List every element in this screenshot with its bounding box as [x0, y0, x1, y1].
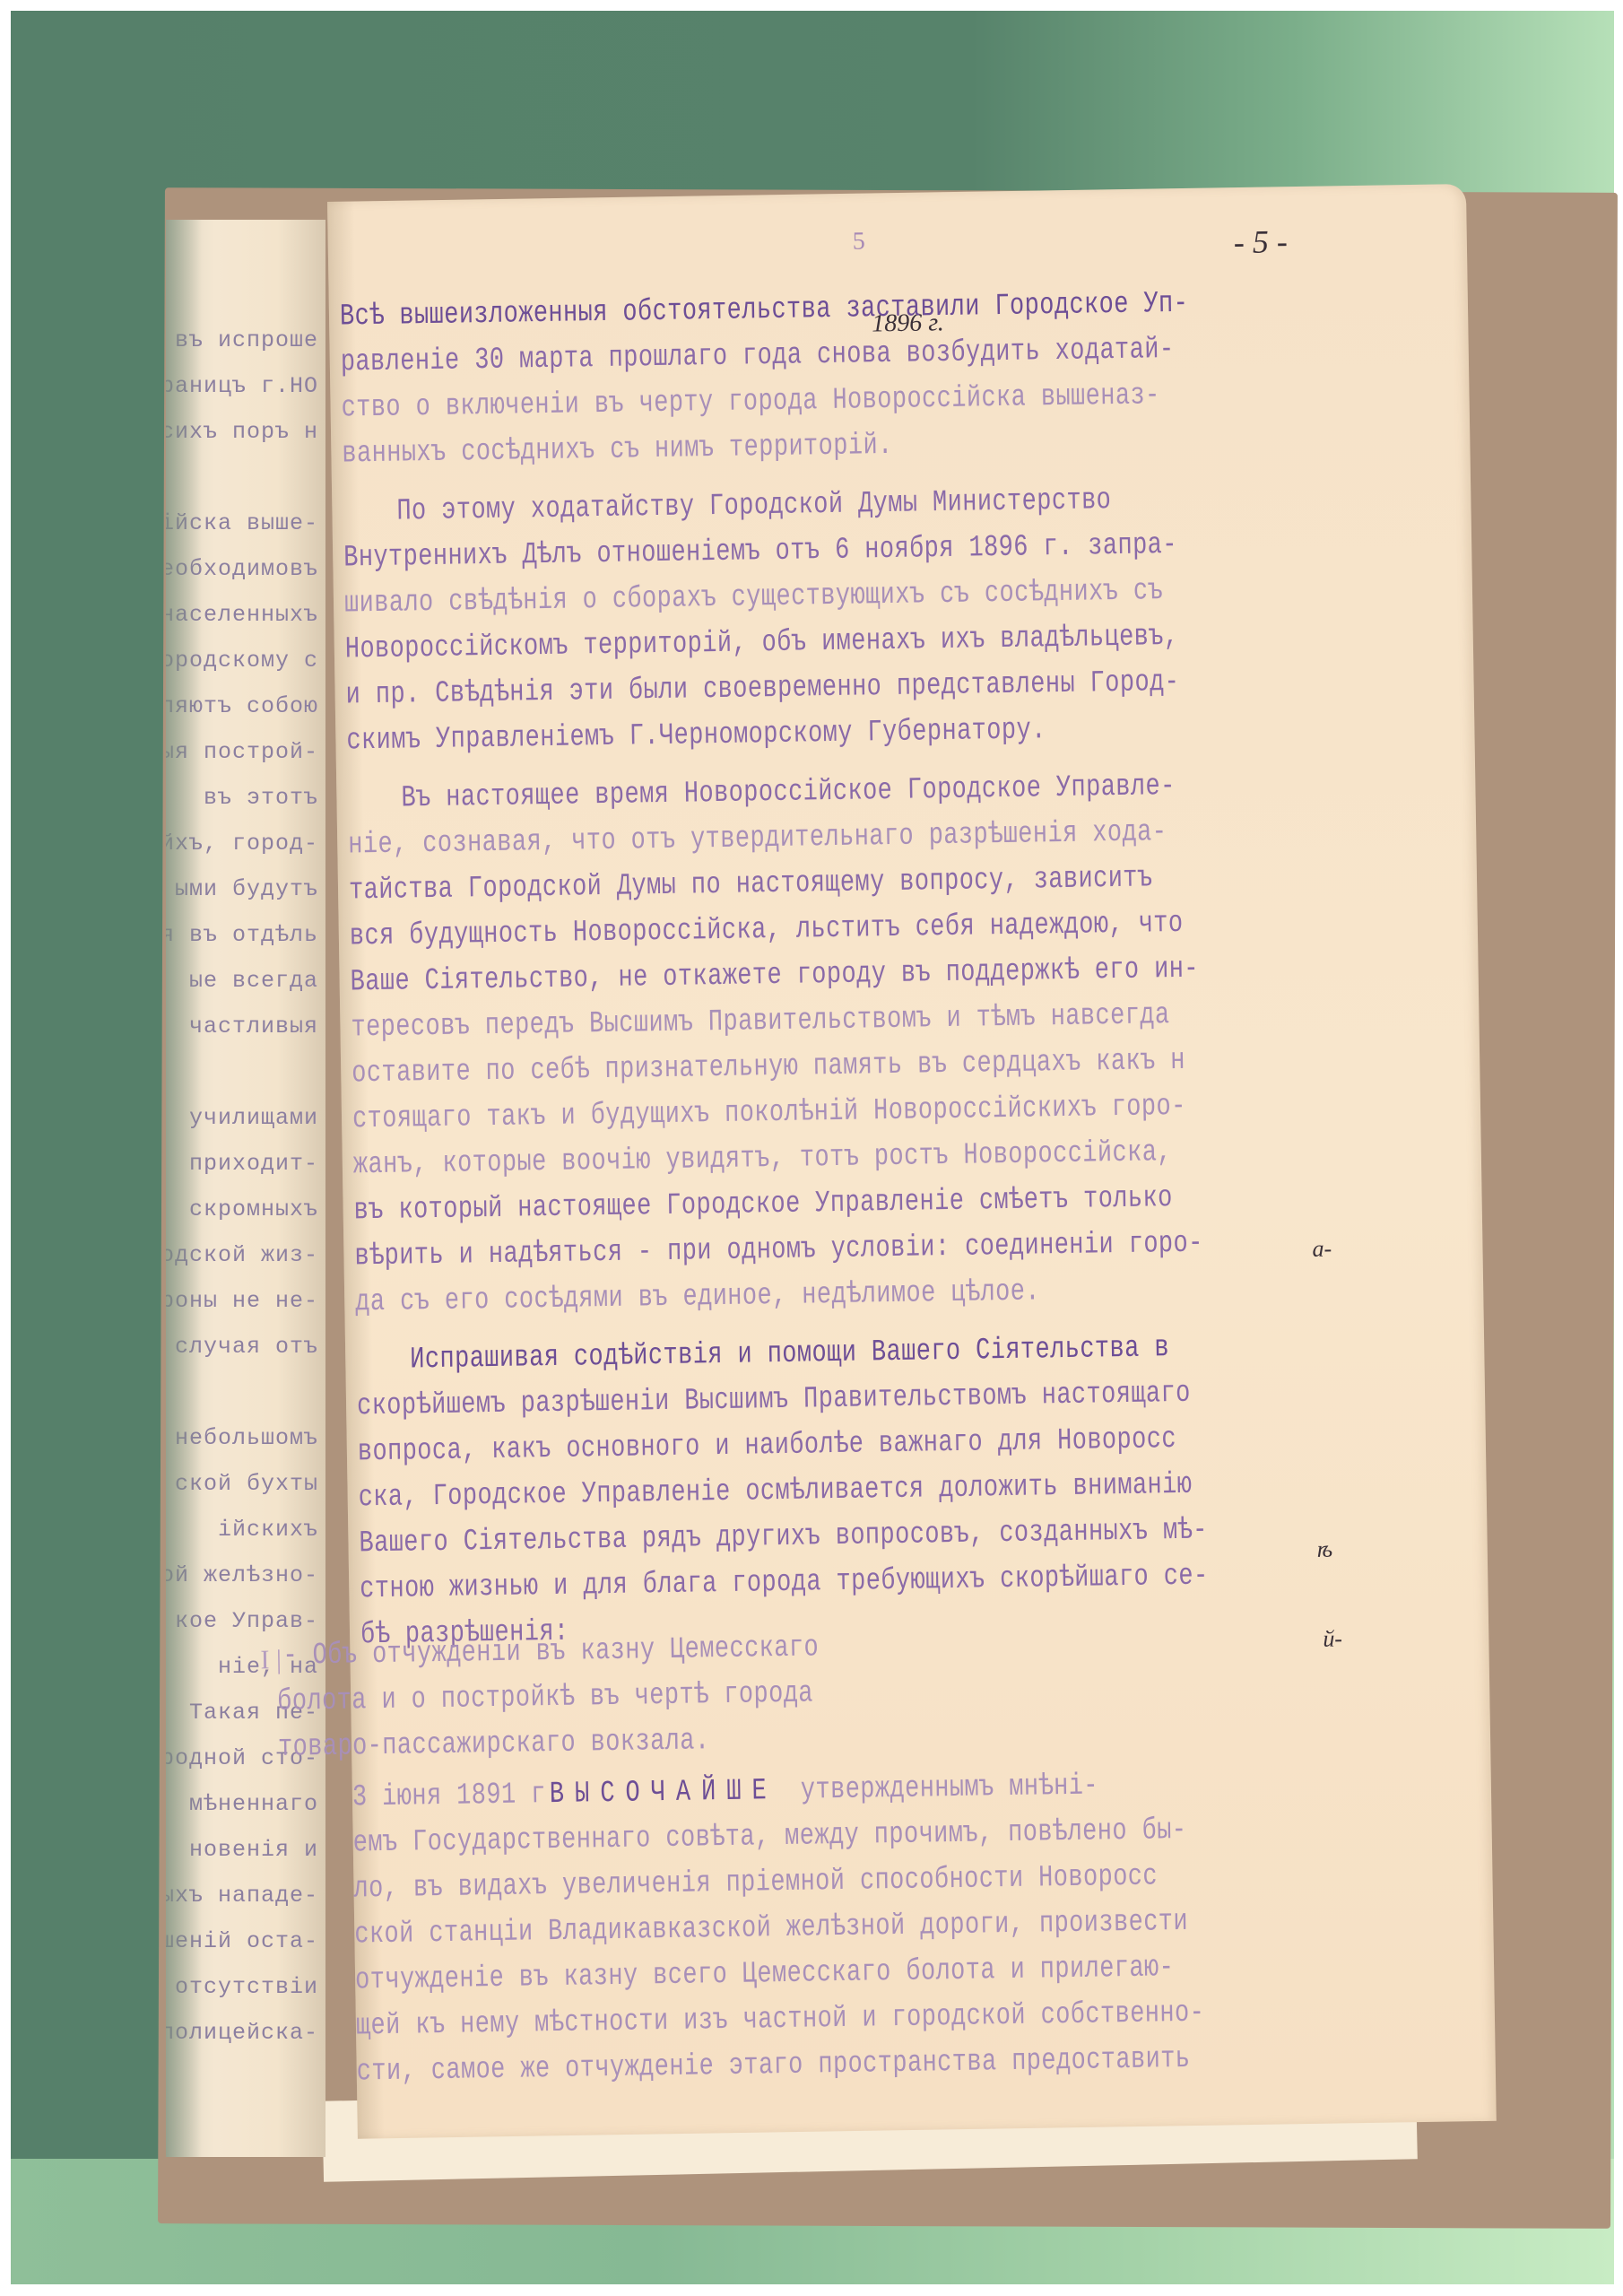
text-line: Въ настоящее время Новороссійское Городс… — [401, 770, 1176, 816]
text-line: ской станціи Владикавказской желѣзной до… — [354, 1906, 1188, 1952]
spine-text-line: ійскихъ — [218, 1517, 318, 1543]
text-line: сти, самое же отчужденіе этаго пространс… — [356, 2043, 1190, 2090]
text-line: шивало свѣдѣнія о сборахъ существующихъ … — [344, 575, 1164, 622]
text-line: вопроса, какъ основного и наиболѣе важна… — [358, 1423, 1177, 1470]
text-line: емъ Государственнаго совѣта, между прочи… — [352, 1814, 1186, 1861]
spine-text-line: мѣненнаго — [189, 1791, 318, 1817]
text-line: ска, Городское Управленіе осмѣливается д… — [358, 1469, 1192, 1516]
text-line: скорѣйшемъ разрѣшеніи Высшимъ Правительс… — [357, 1378, 1191, 1424]
spine-text-line: въ этотъ — [204, 785, 318, 811]
text-line: жанъ, которые воочію увидятъ, тотъ ростъ… — [353, 1136, 1173, 1183]
pencil-insertion: й- — [1323, 1625, 1342, 1652]
text-line: Испрашивая содѣйствія и помощи Вашего Сі… — [410, 1332, 1169, 1378]
folded-previous-page: въ испрошеграницъ г.НОсихъ поръ нссійска… — [166, 220, 325, 2157]
text-line: 3 іюня 1891 г. — [352, 1779, 561, 1815]
text-line: По этому ходатайству Городской Думы Мини… — [396, 484, 1111, 529]
text-line: Внутреннихъ Дѣлъ отношеніемъ отъ 6 ноябр… — [343, 529, 1177, 576]
text-line: отчужденіе въ казну всего Цемесскаго бол… — [355, 1952, 1175, 1998]
spine-text-line: частливыя — [189, 1013, 318, 1039]
spine-text-line: училищами — [189, 1105, 318, 1131]
page-number: 5 — [853, 228, 866, 257]
section-heading-line: болота и о постройкѣ въ чертѣ города — [277, 1677, 813, 1719]
text-line: Новороссійскомъ территорій, объ именахъ … — [345, 621, 1179, 667]
text-line: тересовъ передъ Высшимъ Правительствомъ … — [351, 999, 1170, 1046]
text-line: и пр. Свѣдѣнія эти были своевременно пре… — [345, 666, 1179, 713]
spine-text-line: скромныхъ — [189, 1196, 318, 1222]
spine-shadow — [166, 220, 202, 2157]
document-page: 5 - 5 - 1896 г. Всѣ вышеизложенныя обсто… — [327, 184, 1497, 2139]
text-line: щей къ нему мѣстности изъ частной и горо… — [356, 1996, 1205, 2043]
text-line: стною жизнью и для блага города требующи… — [360, 1560, 1209, 1606]
pencil-insertion: ѣ — [1317, 1536, 1333, 1563]
text-line: скимъ Управленіемъ Г.Черноморскому Губер… — [346, 714, 1046, 759]
pencil-insertion: а- — [1312, 1236, 1332, 1263]
spine-text-line: ые всегда — [189, 968, 318, 994]
text-line: стоящаго такъ и будущихъ поколѣній Новор… — [352, 1091, 1186, 1137]
text-line: ло, въ видахъ увеличенія пріемной способ… — [353, 1860, 1158, 1907]
text-line: Всѣ вышеизложенныя обстоятельства застав… — [340, 287, 1189, 334]
spine-text-line: приходит- — [189, 1151, 318, 1177]
text-line: Вашего Сіятельства рядъ другихъ вопросов… — [359, 1514, 1208, 1561]
text-line: да съ его сосѣдями въ единое, недѣлимое … — [355, 1275, 1040, 1319]
handwritten-page-number: - 5 - — [1234, 222, 1289, 261]
text-line: ство о включеніи въ черту города Новорос… — [341, 379, 1160, 426]
section-heading-line: товаро-пассажирскаго вокзала. — [278, 1725, 710, 1765]
section-marker: I | — [260, 1645, 282, 1675]
emphasized-word: ВЫСОЧАЙШЕ — [550, 1775, 777, 1812]
text-line: ніе, сознавая, что отъ утвердительнаго р… — [348, 816, 1167, 863]
text-line: ванныхъ сосѣднихъ съ нимъ территорій. — [342, 430, 893, 472]
spine-text-line: новенія и — [189, 1837, 318, 1863]
text-line: оставите по себѣ признательную память въ… — [352, 1045, 1185, 1091]
text-line: вся будущность Новороссійска, льститъ се… — [350, 908, 1184, 954]
text-line: въ который настоящее Городское Управлені… — [353, 1182, 1173, 1229]
text-line: равленіе 30 марта прошлаго года снова во… — [341, 334, 1175, 380]
text-line: тайства Городской Думы по настоящему воп… — [349, 862, 1153, 909]
text-line: вѣрить и надѣяться - при одномъ условіи:… — [354, 1227, 1203, 1274]
section-heading-line: - Объ отчужденіи въ казну Цемесскаго — [282, 1631, 819, 1674]
text-line: утвержденнымъ мнѣні- — [801, 1770, 1099, 1808]
text-line: Ваше Сіятельство, не откажете городу въ … — [350, 952, 1199, 999]
